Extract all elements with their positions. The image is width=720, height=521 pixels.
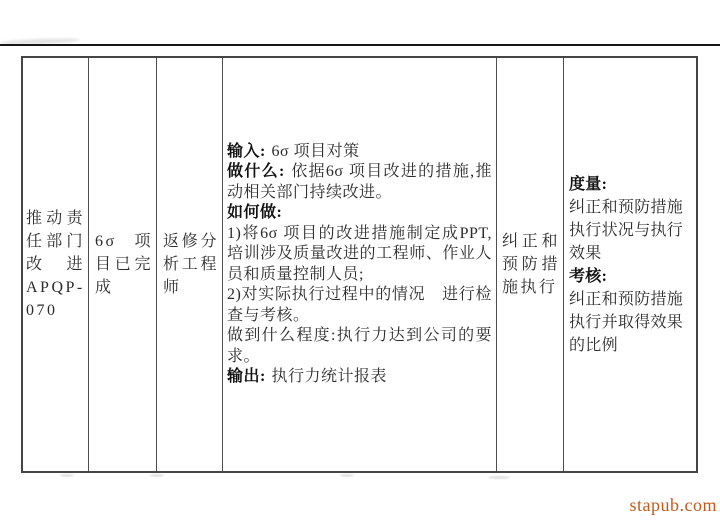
cell-activity-description: 输入:6σ 项目对策 做什么:依据6σ 项目改进的措施,推动相关部门持续改进。 … <box>223 58 497 471</box>
owner-text: 返修分析工程师 <box>163 230 219 299</box>
cell-metrics: 度量:纠正和预防措施执行状况与执行效果 考核:纠正和预防措施执行并取得效果的比例 <box>564 58 696 471</box>
assessment-label: 考核: <box>569 265 691 288</box>
metrics-section: 度量:纠正和预防措施执行状况与执行效果 <box>569 173 691 265</box>
scan-artifact <box>488 476 510 479</box>
activity-paragraph: 2)对实际执行过程中的情况 进行检查与考核。 <box>227 285 492 326</box>
separator-line <box>0 44 720 46</box>
cell-precondition: 6σ 项目已完成 <box>89 58 157 471</box>
metrics-text: 纠正和预防措施执行状况与执行效果 <box>569 199 683 262</box>
process-table: 推动责任部门改进 APQP-070 6σ 项目已完成 返修分析工程师 输入:6σ… <box>21 56 698 473</box>
scan-artifact <box>150 474 164 477</box>
activity-label: 如何做: <box>227 204 282 221</box>
process-name-text: 推动责任部门改进 APQP-070 <box>26 207 85 322</box>
activity-paragraph: 1)将6σ 项目的改进措施制定成PPT,培训涉及质量改进的工程师、作业人员和质量… <box>227 224 492 286</box>
activity-text: 执行力统计报表 <box>271 368 387 385</box>
cell-control-measure: 纠正和预防措施执行 <box>497 58 564 471</box>
activity-text: 6σ 项目对策 <box>271 143 359 160</box>
cell-owner: 返修分析工程师 <box>157 58 223 471</box>
metrics-section: 考核:纠正和预防措施执行并取得效果的比例 <box>569 265 691 357</box>
activity-text: 做到什么程度:执行力达到公司的要求。 <box>227 327 492 365</box>
activity-paragraph: 输入:6σ 项目对策 <box>227 142 492 163</box>
control-measure-text: 纠正和预防措施执行 <box>502 230 560 299</box>
metrics-label: 度量: <box>569 173 691 196</box>
precondition-text: 6σ 项目已完成 <box>95 230 153 299</box>
cell-process-name: 推动责任部门改进 APQP-070 <box>23 58 89 471</box>
activity-label: 输入: <box>227 143 266 160</box>
activity-paragraph: 做到什么程度:执行力达到公司的要求。 <box>227 326 492 367</box>
watermark-text: stapub.com <box>630 495 718 516</box>
activity-paragraph: 如何做: <box>227 203 492 224</box>
activity-label: 输出: <box>227 368 266 385</box>
activity-paragraph: 输出:执行力统计报表 <box>227 367 492 388</box>
activity-text: 1)将6σ 项目的改进措施制定成PPT,培训涉及质量改进的工程师、作业人员和质量… <box>227 225 492 283</box>
activity-label: 做什么: <box>227 163 285 180</box>
assessment-text: 纠正和预防措施执行并取得效果的比例 <box>569 291 683 354</box>
activity-paragraph: 做什么:依据6σ 项目改进的措施,推动相关部门持续改进。 <box>227 162 492 203</box>
scan-artifact <box>60 474 74 477</box>
activity-text: 2)对实际执行过程中的情况 进行检查与考核。 <box>227 286 492 324</box>
scan-artifact <box>340 474 354 477</box>
